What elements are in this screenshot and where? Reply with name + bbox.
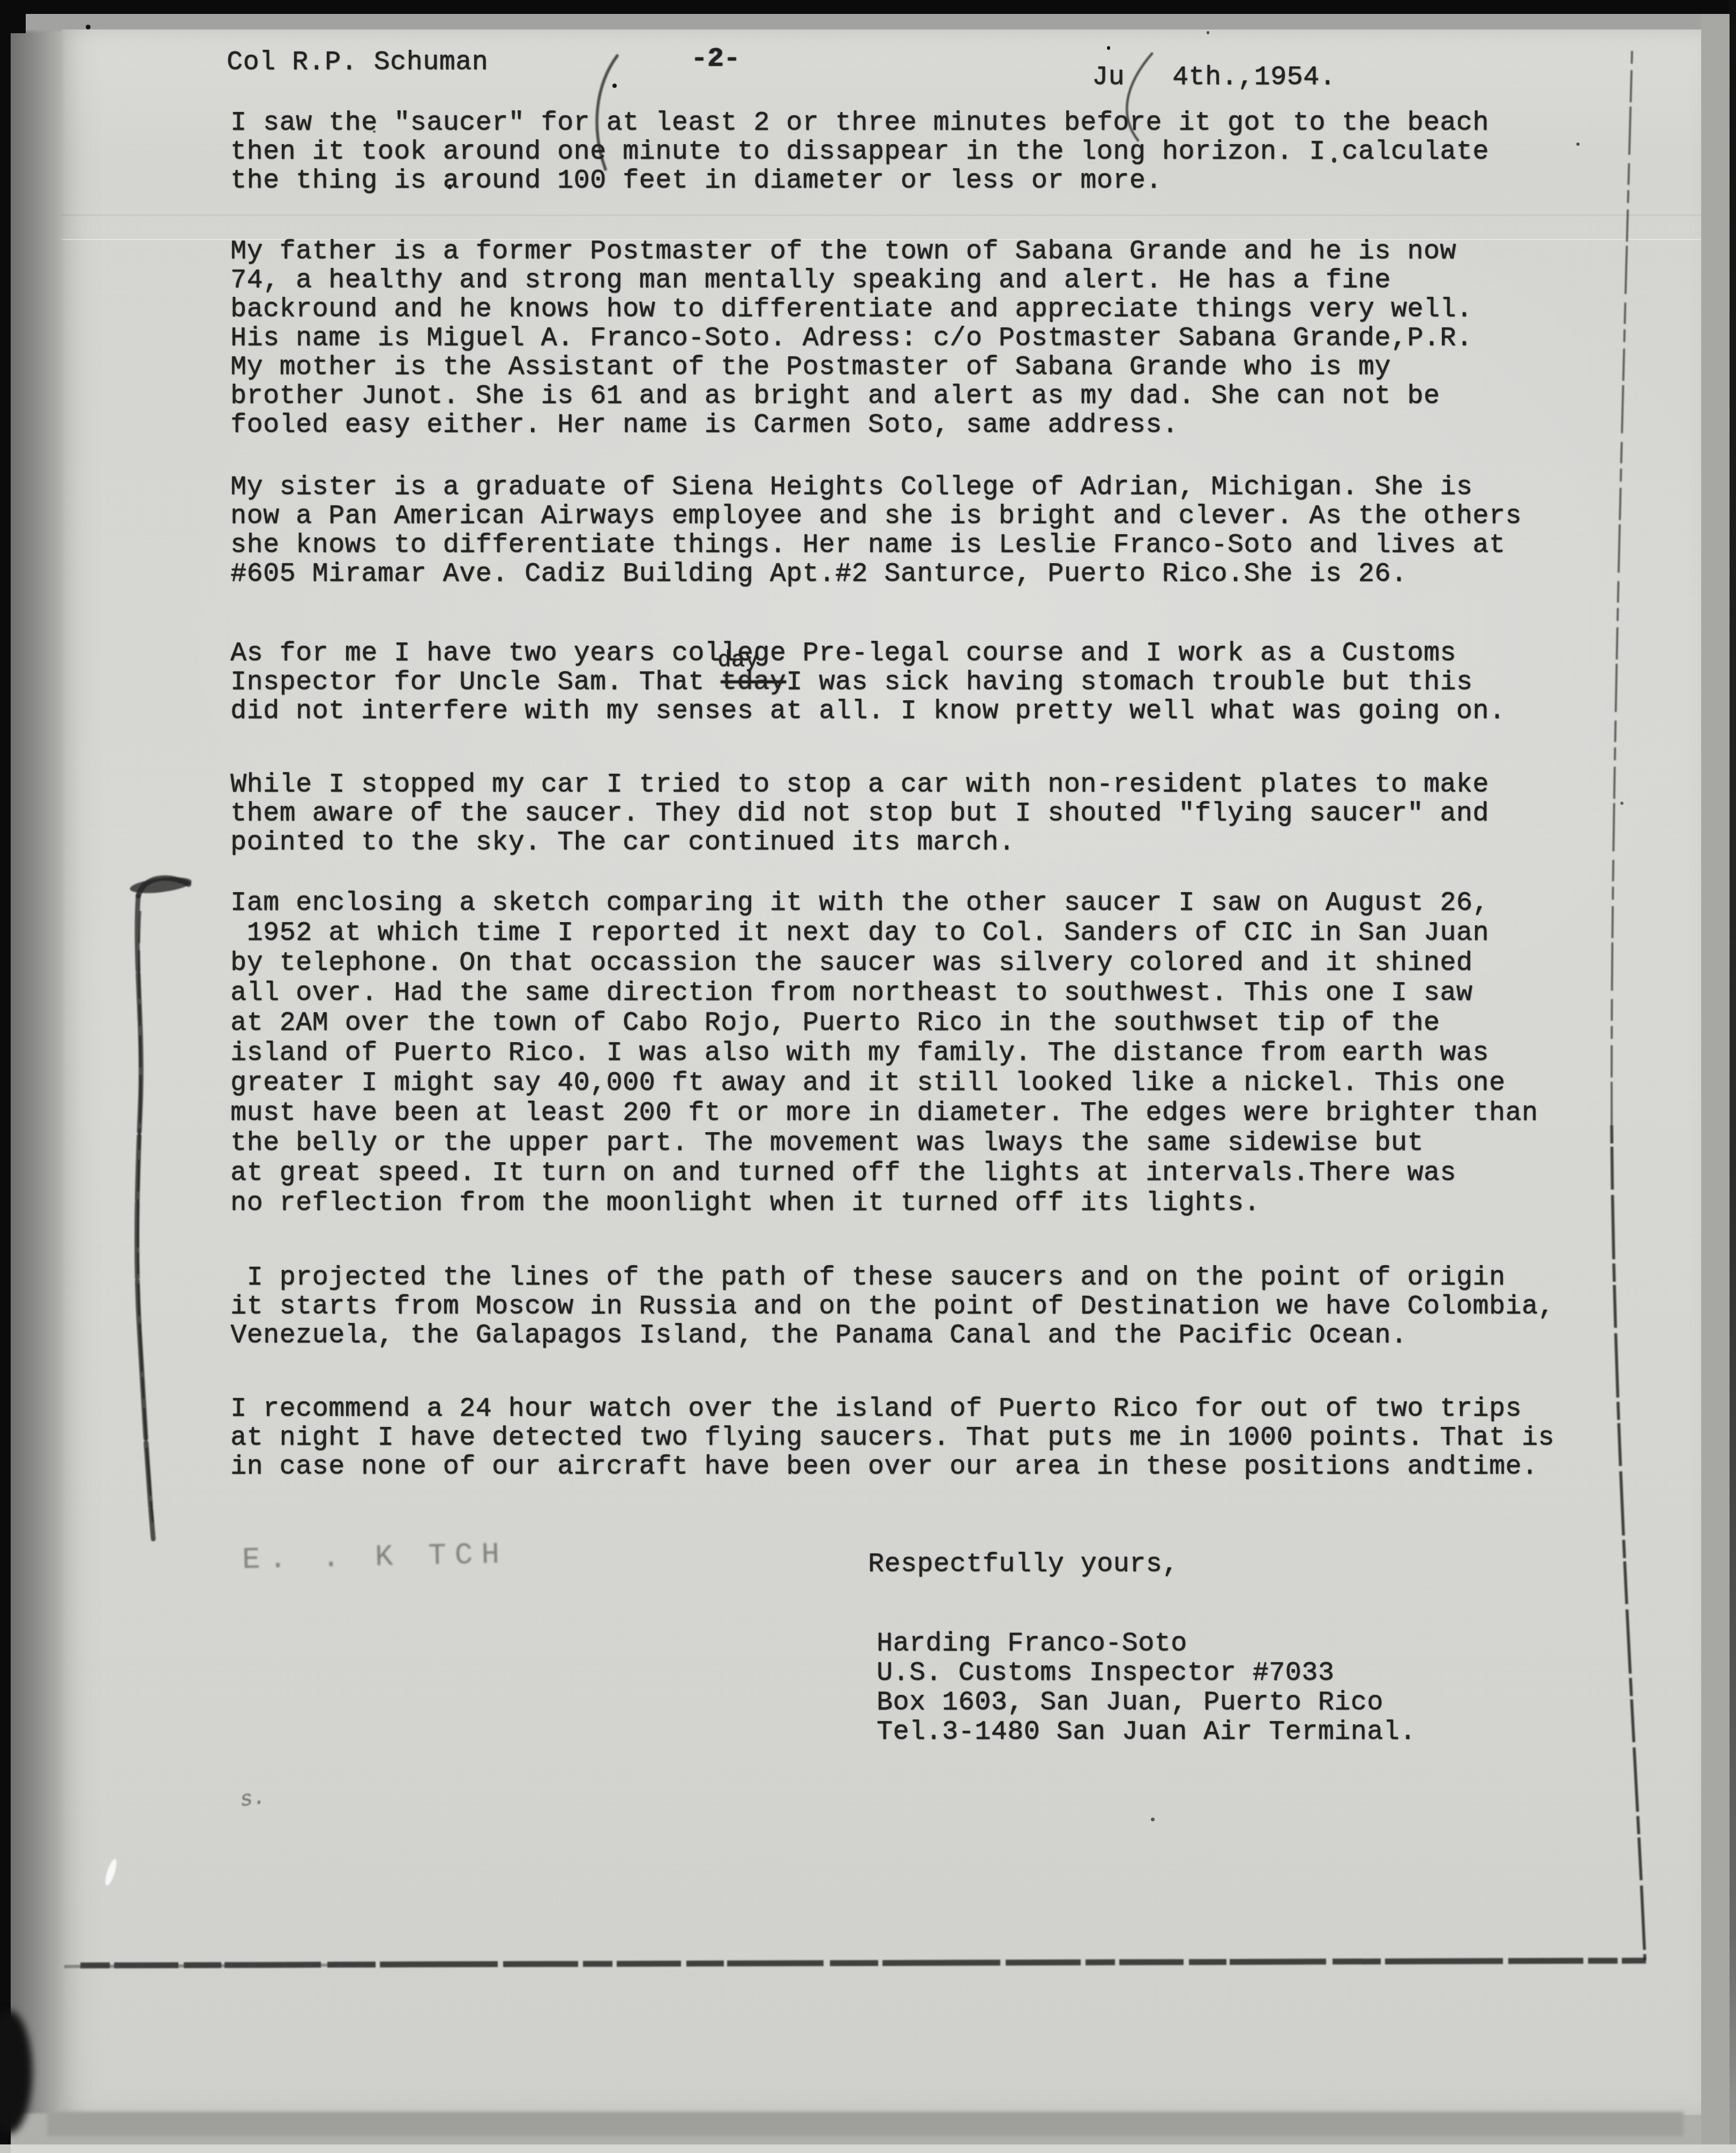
dust-speck <box>1620 802 1623 805</box>
scan-bottom-shadow-band <box>47 2112 1683 2136</box>
scan-corner-top-left <box>0 0 26 33</box>
header-page-number: -2- <box>691 45 740 74</box>
scan-bottom-strip <box>0 2144 1736 2153</box>
dust-speck <box>1207 31 1209 34</box>
paragraph-self: As for me I have two years college Pre-l… <box>230 639 1505 726</box>
dust-speck <box>1107 46 1110 50</box>
overtyped-correction: daytday <box>721 668 786 697</box>
scan-border-right <box>1730 0 1736 2153</box>
dust-speck <box>86 25 91 29</box>
scan-border-top <box>0 0 1736 14</box>
paragraph-stopped-car: While I stopped my car I tried to stop a… <box>230 771 1489 857</box>
dust-speck <box>1576 143 1580 146</box>
paragraph-father: My father is a former Postmaster of the … <box>230 237 1472 440</box>
paper-crease-dark <box>62 214 1701 216</box>
dust-speck <box>612 84 617 88</box>
page-left-edge-shadow <box>10 31 63 2113</box>
header-recipient: Col R.P. Schuman <box>227 48 488 77</box>
dust-speck <box>1151 1818 1155 1821</box>
faint-pencil-note: E. . K TCH <box>242 1537 508 1577</box>
header-date-day-year: 4th.,1954. <box>1172 63 1336 92</box>
paragraph-projected-path: I projected the lines of the path of the… <box>230 1264 1554 1350</box>
scan-border-left <box>0 0 11 2153</box>
stray-pencil-mark: s. <box>238 1786 267 1813</box>
valediction: Respectfully yours, <box>868 1550 1179 1579</box>
paragraph-recommendation: I recommend a 24 hour watch over the isl… <box>230 1395 1554 1482</box>
paragraph-sighting-duration: I saw the "saucer" for at least 2 or thr… <box>230 109 1489 196</box>
header-date-month: Ju <box>1092 63 1125 92</box>
paragraph-sister: My sister is a graduate of Siena Heights… <box>230 473 1522 589</box>
paragraph-sketch-comparison: Iam enclosing a sketch comparing it with… <box>230 888 1538 1218</box>
scanned-letter-page: { "scan": { "header": { "recipient": "Co… <box>0 0 1736 2153</box>
scan-right-margin <box>1701 14 1732 2153</box>
signature-block: Harding Franco-Soto U.S. Customs Inspect… <box>877 1629 1416 1747</box>
overtyped-word-raised: day <box>717 649 759 671</box>
